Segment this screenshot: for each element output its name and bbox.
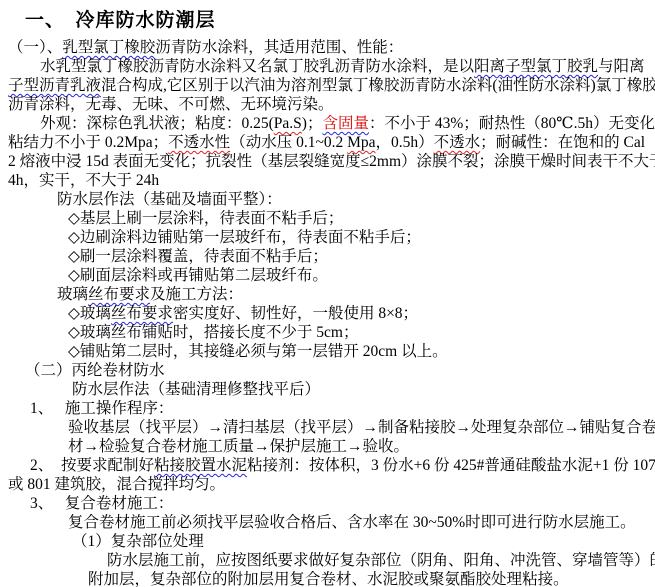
text-segment: 粘接。 xyxy=(522,571,569,587)
text-segment: ◇边刷涂料边铺贴第一层玻纤布，待表面不粘手后； xyxy=(68,229,421,246)
doc-line: 沥青涂料，无毒、无味、不可燃、无环境污染。 xyxy=(8,95,651,114)
doc-body: （一）、乳型氯丁橡胶沥青防水涂料，其适用范围、性能：水乳型氯丁橡胶沥青防水涂料又… xyxy=(8,38,651,587)
text-segment: 验收基层（找平层）→清扫基层（找平层）→制备粘接胶→处理复杂部位→铺贴复合卷 xyxy=(68,419,655,436)
doc-line: 1、 施工操作程序： xyxy=(8,399,651,418)
text-segment: 防水层作法（基础清理修整找平后） xyxy=(72,381,320,398)
doc-line: ◇边刷涂料边铺贴第一层玻纤布，待表面不粘手后； xyxy=(8,228,651,247)
text-segment: 粘接剂：按体积，3 份水+6 份 425#普通硅酸盐水泥+1 份 107 xyxy=(247,457,655,474)
doc-line: （二）丙纶卷材防水 xyxy=(8,361,651,380)
doc-line: ◇铺贴第二层时，其接缝必须与第一层错开 20cm 以上。 xyxy=(8,342,651,361)
flagged-text: 丝布要求 xyxy=(111,305,173,322)
text-segment: （动水压 0.1~0.2 xyxy=(230,134,347,151)
text-segment: 3、 复合卷材施工： xyxy=(30,495,173,512)
text-segment: 防水层作法（基础及墙面平整）： xyxy=(57,191,282,208)
flagged-text: 粘接胶置水泥 xyxy=(154,457,247,474)
doc-line: 防水层施工前，应按图纸要求做好复杂部位（阴角、阳角、冲洗管、穿墙管等）的 xyxy=(8,551,651,570)
text-segment: ◇铺贴第二层时，其接缝必须与第一层错开 20cm 以上。 xyxy=(68,343,448,360)
text-segment: 2、 按要求配制好 xyxy=(30,457,154,474)
text-segment: 混合构成,它区别于以汽油为溶剂型氯丁橡胶沥青防水涂料(油性防水涂料)氯丁橡胶 xyxy=(101,77,655,94)
text-segment: ，0.5h） xyxy=(376,134,434,151)
text-segment: 外观：深棕色乳状液；粘度：0.25( xyxy=(40,115,274,132)
flagged-text: Mpa xyxy=(347,134,375,151)
doc-line: 验收基层（找平层）→清扫基层（找平层）→制备粘接胶→处理复杂部位→铺贴复合卷 xyxy=(8,418,651,437)
text-segment: ◇玻璃 xyxy=(68,305,111,322)
doc-line: 2 熔液中浸 15d 表面无变化；抗裂性（基层裂缝宽度≤2mm）涂膜不裂；涂膜干… xyxy=(8,152,651,171)
text-segment: 密实度好、韧性好，一般使用 8×8； xyxy=(173,305,418,322)
doc-line: 水乳型氯丁橡胶沥青防水涂料又名氯丁胶乳沥青防水涂料，是以阳离子型氯丁胶乳与阳离 xyxy=(8,57,651,76)
doc-line: 防水层作法（基础清理修整找平后） xyxy=(8,380,651,399)
doc-line: 子型沥青乳液混合构成,它区别于以汽油为溶剂型氯丁橡胶沥青防水涂料(油性防水涂料)… xyxy=(8,76,651,95)
text-segment: ；耐碱性：在饱和的 Cal（Oh） xyxy=(480,134,655,151)
text-segment: 2 熔液中浸 15d 表面无变化；抗裂性（基层裂缝宽度≤2mm）涂膜不裂；涂膜干… xyxy=(8,153,655,170)
doc-line: ◇刷一层涂料覆盖，待表面不粘手后； xyxy=(8,247,651,266)
text-segment: 合卷材、水泥胶或聚氨酯 xyxy=(305,571,476,587)
doc-line: 附加层，复杂部位的附加层用复合卷材、水泥胶或聚氨酯胶处理粘接。 xyxy=(8,570,651,587)
text-segment: 水乳型氯丁橡胶沥青防水涂料又名氯丁胶乳沥青防水涂料，是以 xyxy=(40,58,474,75)
text-segment: （一）、 xyxy=(8,39,62,56)
text-segment: 防水层施工前，应按图纸要求做好复杂部位（阴角、阳角、冲洗管、穿墙管等）的 xyxy=(107,552,655,569)
text-segment: 或 801 建筑胶，混合搅拌均匀。 xyxy=(8,476,225,493)
doc-line: ◇玻璃丝布铺贴时，搭接长度不少于 5cm； xyxy=(8,323,651,342)
flagged-text: 乳型氯丁橡胶 xyxy=(62,39,155,56)
text-segment: ◇基层上刷一层涂料，待表面不粘手后； xyxy=(68,210,343,227)
text-segment: 附加层，复杂部位的 xyxy=(88,571,228,587)
doc-line: 4h，实干，不大于 24h xyxy=(8,171,651,190)
document-page: 一、 冷库防水防潮层 （一）、乳型氯丁橡胶沥青防水涂料，其适用范围、性能：水乳型… xyxy=(0,0,655,587)
doc-line: ◇玻璃丝布要求密实度好、韧性好，一般使用 8×8； xyxy=(8,304,651,323)
flagged-text: 丝布要求 xyxy=(88,286,150,303)
text-segment: ◇刷一层涂料覆盖，待表面不粘手后； xyxy=(68,248,328,265)
doc-line: 复合卷材施工前必须找平层验收合格后、含水率在 30~50%时即可进行防水层施工。 xyxy=(8,513,651,532)
doc-line: 2、 按要求配制好粘接胶置水泥粘接剂：按体积，3 份水+6 份 425#普通硅酸… xyxy=(8,456,651,475)
flagged-text: 含固量 xyxy=(322,115,369,132)
text-segment: 与阳离 xyxy=(598,58,645,75)
flagged-text: 不透水性 xyxy=(168,134,230,151)
text-segment: 4h，实干，不大于 24h xyxy=(8,172,159,189)
doc-line: 粘结力不小于 0.2Mpa；不透水性（动水压 0.1~0.2 Mpa，0.5h）… xyxy=(8,133,651,152)
doc-line: ◇刷面层涂料或再铺贴第二层玻纤布。 xyxy=(8,266,651,285)
text-segment: ◇刷面层涂料或再铺贴第二层玻纤布。 xyxy=(68,267,328,284)
text-segment: ◇玻璃丝布铺贴时，搭接长度不少于 5cm； xyxy=(68,324,358,341)
flagged-text: 阳离子型氯丁胶乳 xyxy=(474,58,598,75)
text-segment: 复合卷材施工前必须找平层验收合格后、含水率在 30~50%时即可进行防水层施工。 xyxy=(68,514,636,531)
doc-line: （一）、乳型氯丁橡胶沥青防水涂料，其适用范围、性能： xyxy=(8,38,651,57)
flagged-text: 子型沥青乳液 xyxy=(8,77,101,94)
flagged-text: 胶处理 xyxy=(476,571,523,587)
text-segment: )； xyxy=(302,115,323,132)
text-segment: 及施工方法： xyxy=(150,286,243,303)
document-heading: 一、 冷库防水防潮层 xyxy=(8,6,651,36)
doc-line: ◇基层上刷一层涂料，待表面不粘手后； xyxy=(8,209,651,228)
text-segment: 粘结力不小于 0.2Mpa； xyxy=(8,134,168,151)
text-segment: （二）丙纶卷材防水 xyxy=(25,362,165,379)
flagged-text: 不透水 xyxy=(434,134,481,151)
text-segment: （1）复杂部位处理 xyxy=(72,533,204,550)
doc-line: 防水层作法（基础及墙面平整）： xyxy=(8,190,651,209)
text-segment: ：不小于 43%；耐热性（80℃.5h）无变化： xyxy=(369,115,655,132)
doc-line: （1）复杂部位处理 xyxy=(8,532,651,551)
text-segment: 玻璃 xyxy=(57,286,88,303)
text-segment: 1、 施工操作程序： xyxy=(30,400,173,417)
text-segment: 沥青防水涂料，其适用范围、性能： xyxy=(155,39,403,56)
flagged-text: Pa.S xyxy=(274,115,302,132)
doc-line: 或 801 建筑胶，混合搅拌均匀。 xyxy=(8,475,651,494)
doc-line: 材→检验复合卷材施工质量→保护层施工→验收。 xyxy=(8,437,651,456)
doc-line: 外观：深棕色乳状液；粘度：0.25(Pa.S)；含固量：不小于 43%；耐热性（… xyxy=(8,114,651,133)
text-segment: 材→检验复合卷材施工质量→保护层施工→验收。 xyxy=(68,438,409,455)
doc-line: 玻璃丝布要求及施工方法： xyxy=(8,285,651,304)
text-segment: 沥青涂料，无毒、无味、不可燃、无环境污染。 xyxy=(8,96,334,113)
flagged-text: 附加层用复 xyxy=(228,571,306,587)
doc-line: 3、 复合卷材施工： xyxy=(8,494,651,513)
